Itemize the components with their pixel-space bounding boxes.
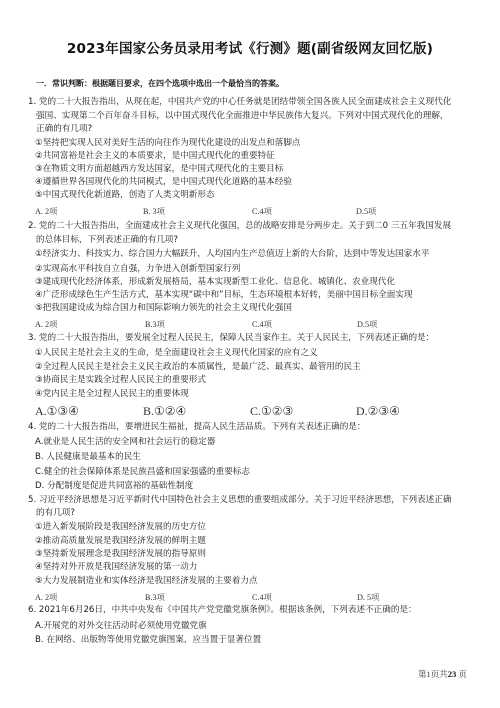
section-heading: 一．常识判断：根据题目要求，在四个选项中选出一个最恰当的答案。 [36,78,284,89]
question-5-statement-2: ②推动高质量发展是我国经济发展的鲜明主题 [35,536,206,547]
question-1-option-a: A. 2项 [35,206,57,217]
question-5-option-d: D. 5项 [357,592,379,603]
question-3-option-d: D.②③④ [356,404,400,419]
question-5-statement-4: ④坚持对外开放是我国经济发展的第一动力 [35,562,197,573]
question-3-stem: 3. 党的二十大报告指出，要发展全过程人民民主，保障人民当家作主。关于人民民主，… [28,333,434,344]
question-2-statement-1: ①经济实力、科技实力、综合国力大幅跃升，人均国内生产总值迈上新的大台阶，达到中等… [35,249,429,260]
question-4-option-b: B. 人民健康是最基本的民生 [35,452,141,463]
question-5-statement-1: ①进入新发展阶段是我国经济发展的历史方位 [35,522,206,533]
question-2-option-b: B.3项 [145,319,165,330]
question-5-statement-5: ⑤大力发展制造业和实体经济是我国经济发展的主要着力点 [35,576,258,587]
question-2-statement-5: ⑤把我国建设成为综合国力和国际影响力领先的社会主义现代化强国 [35,303,292,314]
question-6-option-a: A.开展党的对外交往活动时必须使用党徽党旗 [35,621,207,632]
document-title: 2023年国家公务员录用考试《行测》题(副省级网友回忆版) [0,37,500,57]
question-5-stem-line-2: 的有几项? [36,508,75,519]
question-2-option-d: D.5项 [357,319,377,330]
question-3-option-b: B.①②④ [143,404,186,419]
question-4-option-a: A.就业是人民生活的安全网和社会运行的稳定器 [35,437,215,448]
question-2-stem-line-1: 2. 党的二十大报告指出，全面建成社会主义现代化强国，总的战略安排是分两步走。关… [28,221,451,232]
question-1-option-c: C.4项 [252,206,272,217]
question-2-statement-2: ②实现高水平科技自立自强，力争进入创新型国家行列 [35,264,240,275]
question-2-statement-4: ④广泛形成绿色生产生活方式，基本实现“碳中和”目标，生态环境根本好转，美丽中国目… [35,290,413,301]
question-5-stem-line-1: 5. 习近平经济思想是习近平新时代中国特色社会主义思想的重要组成部分。关于习近平… [28,495,451,506]
question-5-statement-3: ③坚持新发展理念是我国经济发展的指导原则 [35,549,206,560]
page-number-suffix: 页 [456,669,467,679]
question-1-option-b: B. 3项 [143,206,165,217]
question-4-option-d: D. 分配制度是促进共同富裕的基础性制度 [35,481,193,492]
question-5-option-b: B.3项 [145,592,165,603]
question-2-option-c: C.4项 [252,319,272,330]
question-3-statement-2: ②全过程人民民主是社会主义民主政治的本质属性，是最广泛、最真实、最管用的民主 [35,362,361,373]
question-3-option-c: C.①②③ [250,404,293,419]
question-6-stem: 6. 2021年6月26日，中共中央发布《中国共产党党徽党旗条例》。根据该条例，… [28,605,417,616]
question-1-option-d: D.5项 [356,206,376,217]
document-page: 2023年国家公务员录用考试《行测》题(副省级网友回忆版) 一．常识判断：根据题… [0,0,500,708]
question-3-option-a: A.①③④ [35,404,79,419]
question-1-statement-2: ②共同富裕是社会主义的本质要求，是中国式现代化的重要特征 [35,151,275,162]
page-total: 23 [448,669,457,679]
question-1-statement-1: ①坚持把实现人民对美好生活的向往作为现代化建设的出发点和落脚点 [35,138,301,149]
page-number: 第1页共23 页 [418,668,467,680]
page-number-prefix: 第1页共 [418,669,448,679]
question-1-statement-4: ④遵循世界各国现代化的共同模式，是中国式现代化道路的基本经验 [35,177,292,188]
question-1-stem-line-2: 强国、实现第二个百年奋斗目标，以中国式现代化全面推进中华民族伟大复兴。下列对中国… [36,111,449,122]
question-3-statement-1: ①人民民主是社会主义的生命，是全面建设社会主义现代化国家的应有之义 [35,348,318,359]
question-5-option-c: C.4项 [252,592,272,603]
question-1-stem-line-1: 1. 党的二十大报告指出，从现在起，中国共产党的中心任务就是团结带领全国各族人民… [28,97,451,108]
question-1-statement-3: ③在物质文明方面超越西方发达国家，是中国式现代化的主要目标 [35,164,283,175]
question-1-statement-5: ⑤中国式现代化新道路，创造了人类文明新形态 [35,190,215,201]
question-2-stem-line-2: 的总体目标，下列表述正确的有几项? [36,235,178,246]
question-6-option-b: B. 在网络、出版物等使用党徽党旗图案，应当置于显著位置 [35,635,261,646]
question-5-option-a: A. 2项 [35,592,57,603]
question-2-option-a: A. 2项 [35,319,57,330]
question-2-statement-3: ③建成现代化经济体系，形成新发展格局，基本实现新型工业化、信息化、城镇化、农业现… [35,277,395,288]
question-4-stem: 4. 党的二十大报告指出，要增进民生福祉，提高人民生活品质。下列有关表述正确的是… [28,422,366,433]
question-4-option-c: C.健全的社会保障体系是民族昌盛和国家强盛的重要标志 [35,467,250,478]
question-3-statement-4: ④党内民主是全过程人民民主的重要体现 [35,389,189,400]
question-3-statement-3: ③协商民主是实践全过程人民民主的重要形式 [35,375,206,386]
question-1-stem-line-3: 正确的有几项? [36,124,92,135]
